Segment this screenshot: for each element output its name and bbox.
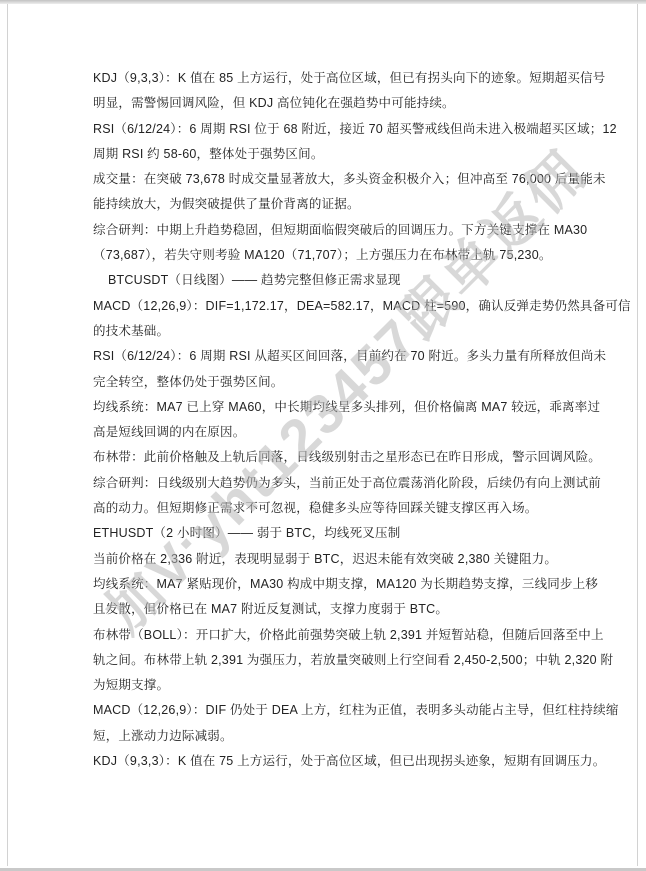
text-line: 均线系统：MA7 紧贴现价，MA30 构成中期支撑，MA120 为长期趋势支撑，… bbox=[93, 572, 573, 597]
page-top-edge bbox=[0, 0, 646, 4]
text-line: 短，上涨动力边际减弱。 bbox=[93, 724, 573, 749]
text-line: 成交量：在突破 73,678 时成交量显著放大，多头资金积极介入；但冲高至 76… bbox=[93, 167, 573, 192]
text-line: 布林带（BOLL）：开口扩大，价格此前强势突破上轨 2,391 并短暂站稳，但随… bbox=[93, 623, 573, 648]
text-line: 周期 RSI 约 58-60，整体处于强势区间。 bbox=[93, 142, 573, 167]
text-line: 完全转空，整体仍处于强势区间。 bbox=[93, 370, 573, 395]
text-line: MACD（12,26,9）：DIF=1,172.17，DEA=582.17，MA… bbox=[93, 294, 573, 319]
text-line: 综合研判：中期上升趋势稳固，但短期面临假突破后的回调压力。下方关键支撑在 MA3… bbox=[93, 218, 573, 243]
text-line: 且发散，但价格已在 MA7 附近反复测试，支撑力度弱于 BTC。 bbox=[93, 597, 573, 622]
text-line: 明显，需警惕回调风险，但 KDJ 高位钝化在强趋势中可能持续。 bbox=[93, 91, 573, 116]
text-line: BTCUSDT（日线图）—— 趋势完整但修正需求显现 bbox=[93, 268, 573, 293]
text-line: RSI（6/12/24）：6 周期 RSI 位于 68 附近，接近 70 超买警… bbox=[93, 117, 573, 142]
text-line: 能持续放大，为假突破提供了量价背离的证据。 bbox=[93, 192, 573, 217]
text-line: KDJ（9,3,3）：K 值在 75 上方运行，处于高位区域，但已出现拐头迹象，… bbox=[93, 749, 573, 774]
text-line: 为短期支撑。 bbox=[93, 673, 573, 698]
text-line: 均线系统：MA7 已上穿 MA60，中长期均线呈多头排列，但价格偏离 MA7 较… bbox=[93, 395, 573, 420]
text-line: 综合研判：日线级别大趋势仍为多头，当前正处于高位震荡消化阶段，后续仍有向上测试前 bbox=[93, 471, 573, 496]
text-line: 当前价格在 2,336 附近，表现明显弱于 BTC，迟迟未能有效突破 2,380… bbox=[93, 547, 573, 572]
text-line: RSI（6/12/24）：6 周期 RSI 从超买区间回落，目前约在 70 附近… bbox=[93, 344, 573, 369]
text-content: KDJ（9,3,3）：K 值在 85 上方运行，处于高位区域，但已有拐头向下的迹… bbox=[93, 66, 573, 774]
text-line: 布林带：此前价格触及上轨后回落，日线级别射击之星形态已在昨日形成，警示回调风险。 bbox=[93, 445, 573, 470]
text-line: 高的动力。但短期修正需求不可忽视，稳健多头应等待回踩关键支撑区再入场。 bbox=[93, 496, 573, 521]
text-line: ETHUSDT（2 小时图）—— 弱于 BTC，均线死叉压制 bbox=[93, 521, 573, 546]
text-line: 轨之间。布林带上轨 2,391 为强压力，若放量突破则上行空间看 2,450-2… bbox=[93, 648, 573, 673]
text-line: 的技术基础。 bbox=[93, 319, 573, 344]
text-line: MACD（12,26,9）：DIF 仍处于 DEA 上方，红柱为正值，表明多头动… bbox=[93, 698, 573, 723]
screenshot-root: KDJ（9,3,3）：K 值在 85 上方运行，处于高位区域，但已有拐头向下的迹… bbox=[0, 0, 646, 871]
text-line: 高是短线回调的内在原因。 bbox=[93, 420, 573, 445]
text-line: （73,687），若失守则考验 MA120（71,707）；上方强压力在布林带上… bbox=[93, 243, 573, 268]
text-line: KDJ（9,3,3）：K 值在 85 上方运行，处于高位区域，但已有拐头向下的迹… bbox=[93, 66, 573, 91]
document-page: KDJ（9,3,3）：K 值在 85 上方运行，处于高位区域，但已有拐头向下的迹… bbox=[7, 4, 638, 866]
